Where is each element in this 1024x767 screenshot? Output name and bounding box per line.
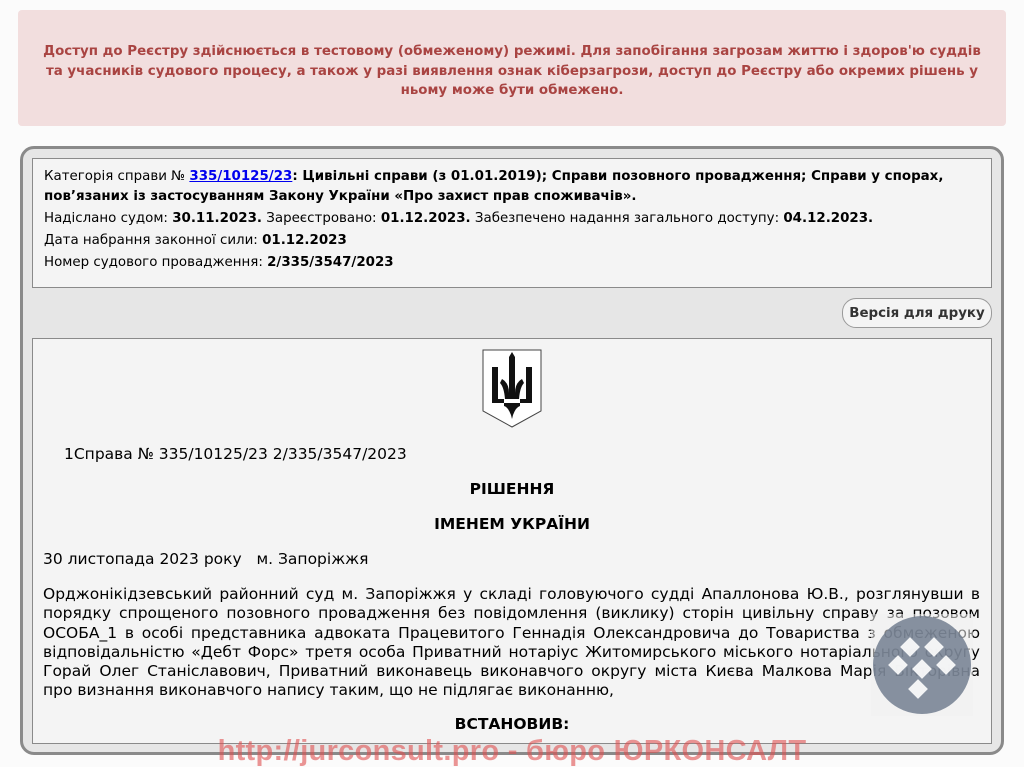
registered-value: 01.12.2023. <box>381 211 471 226</box>
case-info-panel: Категорія справи № 335/10125/23: Цивільн… <box>32 158 992 288</box>
chat-widget-button[interactable] <box>871 614 973 716</box>
alert-text: Доступ до Реєстру здійснюється в тестово… <box>43 44 981 98</box>
decision-intro-paragraph: Орджонікідзевський районний суд м. Запор… <box>43 585 980 701</box>
decision-title: РІШЕННЯ <box>33 480 991 498</box>
public-access-value: 04.12.2023. <box>783 211 873 226</box>
access-warning-alert: Доступ до Реєстру здійснюється в тестово… <box>18 10 1006 126</box>
ukraine-trident-coat-of-arms-icon <box>482 349 542 433</box>
sent-label: Надіслано судом: <box>44 211 172 226</box>
proceeding-value: 2/335/3547/2023 <box>267 255 393 270</box>
decision-subtitle: ІМЕНЕМ УКРАЇНИ <box>33 515 991 533</box>
effective-label: Дата набрання законної сили: <box>44 233 262 248</box>
watermark-overlay: http://jurconsult.pro - бюро ЮРКОНСАЛТ <box>0 735 1024 767</box>
case-number-line: 1Справа № 335/10125/23 2/335/3547/2023 <box>64 445 407 463</box>
public-access-label: Забезпечено надання загального доступу: <box>471 211 784 226</box>
chat-logo-icon <box>873 616 971 714</box>
proceeding-label: Номер судового провадження: <box>44 255 267 270</box>
category-label: Категорія справи № <box>44 169 189 184</box>
registered-label: Зареєстровано: <box>262 211 381 226</box>
section-heading: ВСТАНОВИВ: <box>33 715 991 733</box>
decision-document: 1Справа № 335/10125/23 2/335/3547/2023 Р… <box>32 338 992 744</box>
effective-date-row: Дата набрання законної сили: 01.12.2023 <box>44 231 980 251</box>
date-place-line: 30 листопада 2023 року м. Запоріжжя <box>43 550 368 568</box>
sent-value: 30.11.2023. <box>172 211 262 226</box>
dates-row: Надіслано судом: 30.11.2023. Зареєстрова… <box>44 209 980 229</box>
decision-container: Категорія справи № 335/10125/23: Цивільн… <box>20 146 1004 755</box>
effective-value: 01.12.2023 <box>262 233 347 248</box>
case-number-link[interactable]: 335/10125/23 <box>189 169 292 184</box>
proceeding-number-row: Номер судового провадження: 2/335/3547/2… <box>44 253 980 273</box>
case-category-row: Категорія справи № 335/10125/23: Цивільн… <box>44 167 980 207</box>
print-version-button[interactable]: Версія для друку <box>842 298 992 328</box>
